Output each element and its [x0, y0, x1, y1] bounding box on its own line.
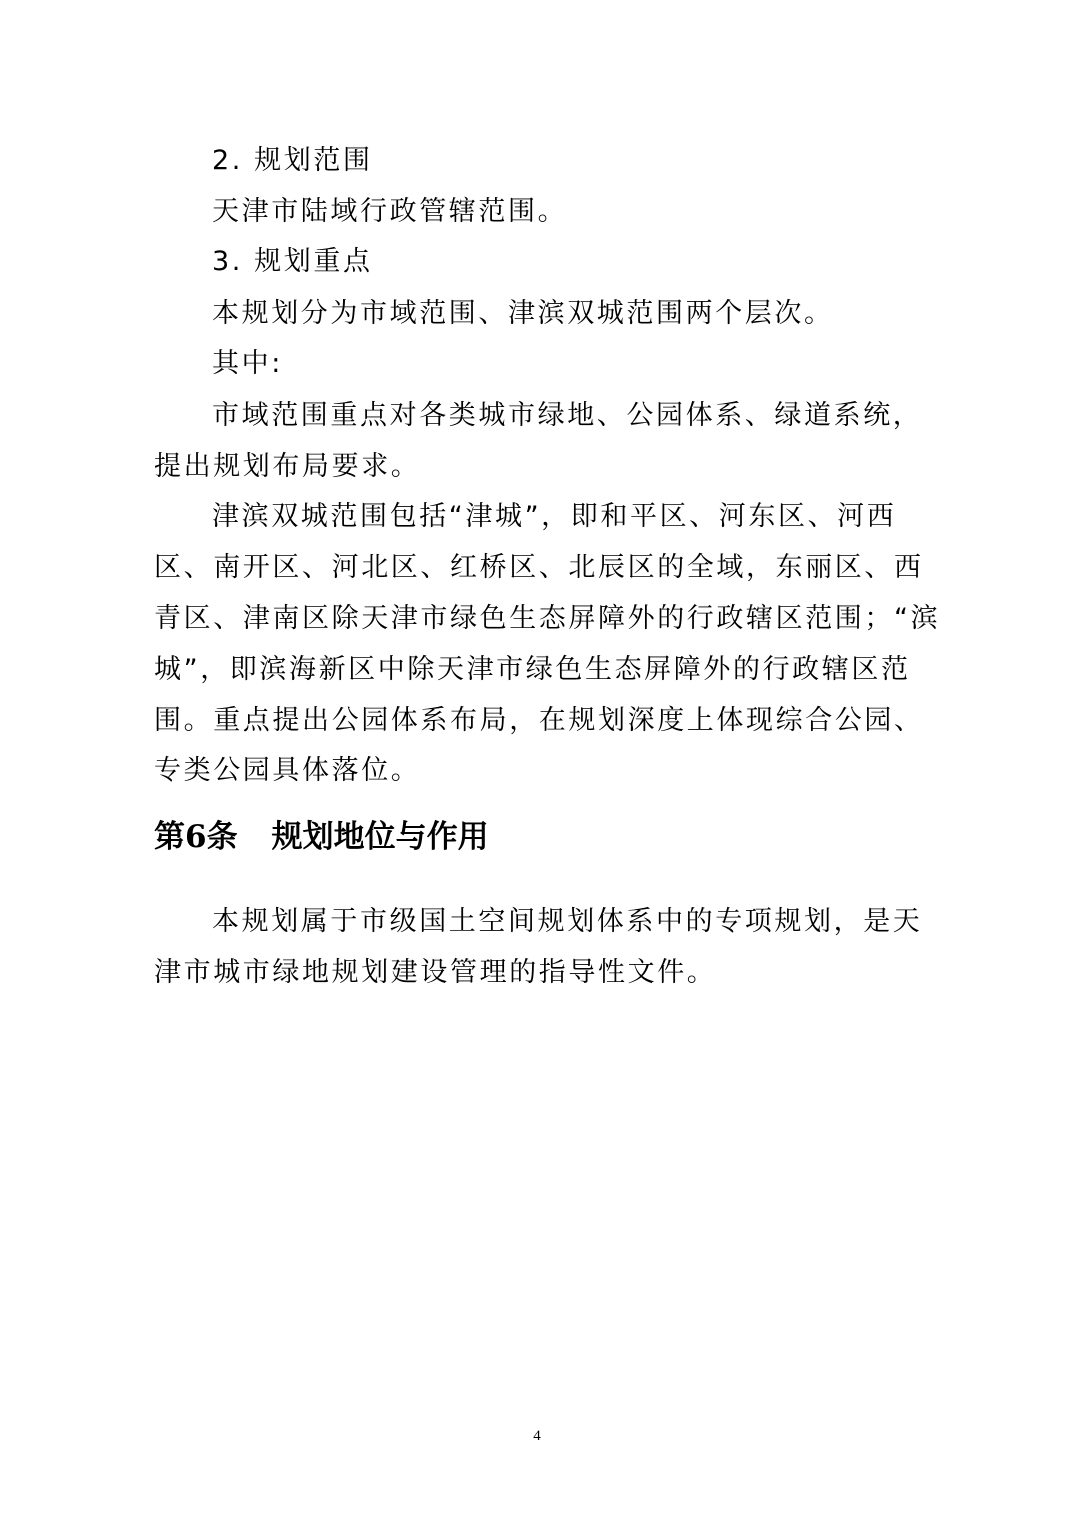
scope-text: 天津市陆域行政管辖范围。	[212, 198, 567, 225]
paragraph-line: 围。重点提出公园体系布局，在规划深度上体现综合公园、	[154, 707, 924, 734]
subsection-scope-label: 2. 规划范围	[212, 147, 373, 174]
focus-text-2: 其中:	[212, 350, 283, 377]
paragraph-line: 提出规划布局要求。	[154, 453, 420, 480]
paragraph-line: 本规划属于市级国土空间规划体系中的专项规划，是天	[212, 908, 922, 935]
paragraph-line: 市域范围重点对各类城市绿地、公园体系、绿道系统，	[212, 402, 922, 429]
subsection-focus-label: 3. 规划重点	[212, 248, 373, 275]
focus-text-1: 本规划分为市域范围、津滨双城范围两个层次。	[212, 300, 834, 327]
article-number: 第6条	[154, 819, 238, 855]
paragraph-line: 区、南开区、河北区、红桥区、北辰区的全域，东丽区、西	[154, 554, 924, 581]
article-title: 规划地位与作用	[272, 819, 489, 855]
paragraph-line: 津滨双城范围包括“津城”，即和平区、河东区、河西	[212, 503, 896, 530]
paragraph-line: 专类公园具体落位。	[154, 757, 420, 784]
page-number: 4	[0, 1428, 1074, 1445]
paragraph-line: 青区、津南区除天津市绿色生态屏障外的行政辖区范围；“滨	[154, 605, 940, 632]
article-heading: 第6条规划地位与作用	[154, 822, 489, 853]
paragraph-line: 城”，即滨海新区中除天津市绿色生态屏障外的行政辖区范	[154, 656, 911, 683]
paragraph-line: 津市城市绿地规划建设管理的指导性文件。	[154, 959, 716, 986]
